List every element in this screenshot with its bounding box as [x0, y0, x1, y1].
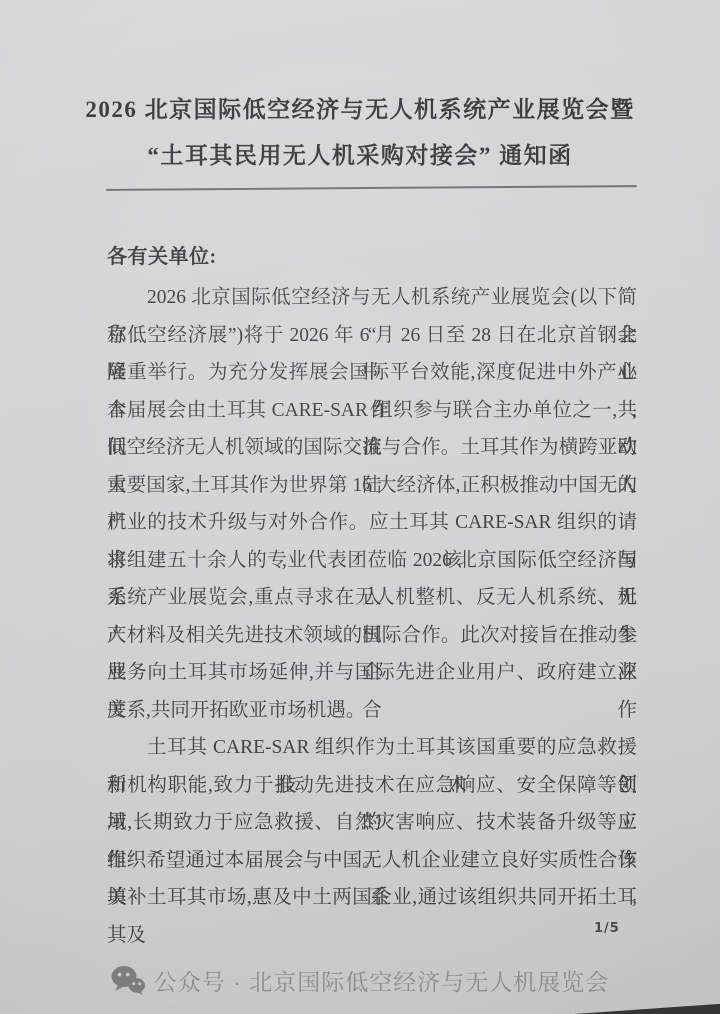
body-line: 产业的技术升级与对外合作。应土耳其 CARE-SAR 组织的请求,该国: [107, 504, 637, 542]
body-line: 本届展会由土耳其 CARE-SAR 组织参与联合主办单位之一,共同推动: [107, 392, 637, 430]
document-page: 2026 北京国际低空经济与无人机系统产业展览会暨 “土耳其民用无人机采购对接会…: [0, 0, 720, 1014]
body-line: 用,长期致力于应急救援、自然灾害响应、技术装备升级等工作。该: [107, 804, 637, 842]
body-line: 系统产业展览会,重点寻求在无人机整机、反无人机系统、无人机生: [107, 579, 637, 617]
body-line: 业务向土耳其市场延伸,并与国际先进企业用户、政府建立深度合作: [107, 654, 637, 692]
body-line: 京低空经济展”)将于 2026 年 6 月 26 日至 28 日在北京首钢会展中…: [107, 317, 637, 355]
photo-corner-shadow: [574, 1001, 720, 1014]
title-line-2: “土耳其民用无人机采购对接会” 通知函: [0, 133, 720, 179]
wechat-icon: [111, 965, 145, 995]
body-line: 2026 北京国际低空经济与无人机系统产业展览会(以下简称“北: [107, 279, 637, 317]
title-divider: [106, 185, 637, 191]
body-line: 低空经济无人机领域的国际交流与合作。土耳其作为横跨亚欧大陆的: [107, 429, 637, 467]
body-line: 填补土耳其市场,惠及中土两国企业,通过该组织共同开拓土耳其及: [107, 879, 637, 917]
body-line: 重要国家,土耳其作为世界第 16 大经济体,正积极推动中国无人机: [107, 467, 637, 505]
body-line: 土耳其 CARE-SAR 组织作为土耳其该国重要的应急救援和技术创: [107, 729, 637, 767]
paragraph: 2026 北京国际低空经济与无人机系统产业展览会(以下简称“北京低空经济展”)将…: [107, 279, 637, 729]
body-line: 将组建五十余人的专业代表团莅临 2026 北京国际低空经济与无人机: [107, 542, 637, 580]
salutation: 各有关单位:: [107, 240, 217, 269]
paragraph: 土耳其 CARE-SAR 组织作为土耳其该国重要的应急救援和技术创新机构职能,致…: [107, 729, 637, 917]
footer-watermark: 公众号 · 北京国际低空经济与无人机展览会: [0, 963, 720, 997]
page-number: 1/5: [594, 921, 620, 936]
body-paragraphs: 2026 北京国际低空经济与无人机系统产业展览会(以下简称“北京低空经济展”)将…: [107, 279, 637, 917]
body-line: 组织希望通过本届展会与中国无人机企业建立良好实质性合作关系,: [107, 842, 637, 880]
title-line-1: 2026 北京国际低空经济与无人机系统产业展览会暨: [0, 87, 720, 133]
document-title: 2026 北京国际低空经济与无人机系统产业展览会暨 “土耳其民用无人机采购对接会…: [0, 87, 720, 179]
body-line: 隆重举行。为充分发挥展会国际平台效能,深度促进中外产业合作,: [107, 354, 637, 392]
footer-text: 公众号 · 北京国际低空经济与无人机展览会: [154, 964, 609, 997]
body-line: 新机构职能,致力于推动先进技术在应急响应、安全保障等领域的应: [107, 767, 637, 805]
body-line: 产材料及相关先进技术领域的国际合作。此次对接旨在推动参展企业: [107, 617, 637, 655]
